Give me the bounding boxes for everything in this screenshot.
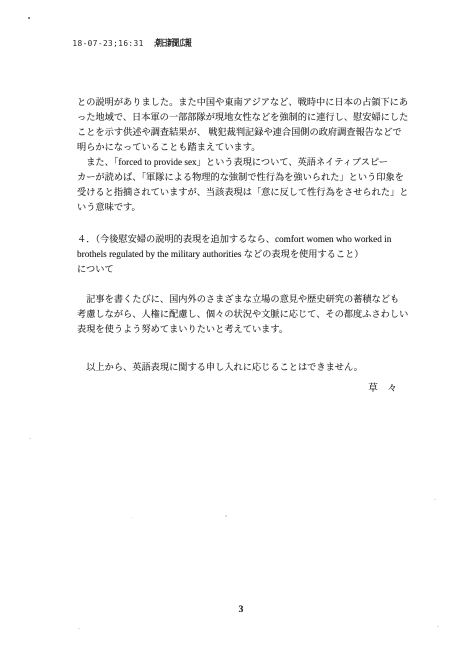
text-line: との説明がありました。また中国や東南アジアなど、戦時中に日本の占領下にあ — [77, 95, 409, 110]
signoff: 草 々 — [77, 382, 397, 396]
paragraph-reply: 記事を書くたびに、国内外のさまざまな立場の意見や歴史研究の蓄積なども 考慮しなが… — [77, 292, 409, 337]
text-line: 以上から、英語表現に関する申し入れに応じることはできません。 — [77, 360, 409, 375]
scanned-document-page: 18-07-23;16:31;朝日新聞 広報 との説明がありました。また中国や東… — [0, 0, 475, 672]
text-line: について — [77, 262, 409, 277]
text-line: った地域で、日本軍の一部部隊が現地女性などを強制的に連行し、慰安婦にした — [77, 110, 409, 125]
fax-timestamp: 18-07-23;16:31 — [72, 39, 143, 48]
text-line: 記事を書くたびに、国内外のさまざまな立場の意見や歴史研究の蓄積なども — [77, 292, 409, 307]
signoff-text: 草 々 — [368, 383, 397, 394]
paragraph-explanation: との説明がありました。また中国や東南アジアなど、戦時中に日本の占領下にあ った地… — [77, 95, 409, 215]
scan-speck — [131, 517, 132, 518]
scan-speck — [78, 628, 80, 629]
text-line: 表現を使うよう努めてまいりたいと考えています。 — [77, 322, 409, 337]
text-line: ４．（今後慰安婦の説明的表現を追加するなら、comfort women who … — [77, 232, 409, 247]
text-line: 考慮しながら、人権に配慮し、個々の状況や文脈に応じて、その都度ふさわしい — [77, 307, 409, 322]
fax-header: 18-07-23;16:31;朝日新聞 広報 — [52, 27, 205, 58]
text-line: 明らかになっていることも踏まえています。 — [77, 140, 409, 155]
page-number: 3 — [0, 605, 475, 615]
scan-speck — [28, 17, 30, 19]
text-line: カーが読めば、「軍隊による物理的な強制で性行為を強いられた」という印象を — [77, 170, 409, 185]
section-4-heading: ４．（今後慰安婦の説明的表現を追加するなら、comfort women who … — [77, 232, 409, 277]
text-line: また、「forced to provide sex」という表現について、英語ネイ… — [77, 155, 409, 170]
scan-speck — [225, 515, 227, 517]
closing-statement: 以上から、英語表現に関する申し入れに応じることはできません。 — [77, 360, 409, 375]
scan-speck — [437, 626, 439, 627]
scan-speck — [434, 499, 436, 500]
scan-speck — [29, 438, 31, 439]
text-line: brothels regulated by the military autho… — [77, 247, 409, 262]
text-line: ことを示す供述や調査結果が、 戦犯裁判記録や連合国側の政府調査報告などで — [77, 125, 409, 140]
fax-sender: ;朝日新聞 広報 — [154, 36, 191, 49]
text-line: 受けると指摘されていますが、当該表現は「意に反して性行為をさせられた」と — [77, 185, 409, 200]
text-line: いう意味です。 — [77, 200, 409, 215]
